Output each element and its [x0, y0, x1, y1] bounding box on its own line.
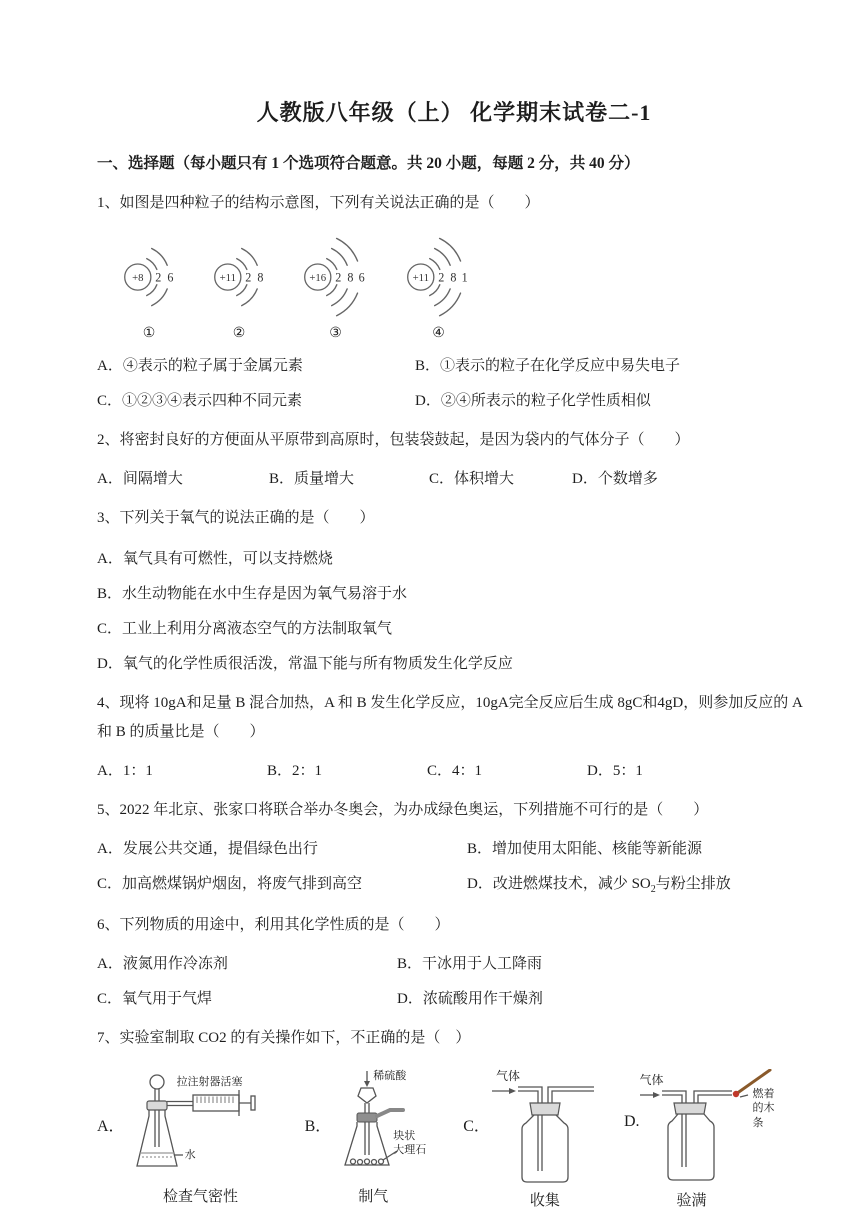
particle-4: +11 2 8 1 ④ — [402, 236, 475, 342]
apparatus-a-group: A． — [97, 1069, 277, 1206]
q4-option-c: C．4：1 — [427, 759, 587, 780]
apparatus-figures: A． — [97, 1069, 811, 1210]
question-4-text: 4、现将 10gA和足量 B 混合加热，A 和 B 发生化学反应，10gA完全反… — [97, 689, 811, 747]
q4-option-d: D．5：1 — [587, 759, 811, 780]
apparatus-a-caption: 检查气密性 — [125, 1185, 277, 1206]
q5-option-a: A．发展公共交通，提倡绿色出行 — [97, 837, 467, 858]
q6-option-c: C．氧气用于气焊 — [97, 987, 397, 1008]
exam-page: 人教版八年级（上） 化学期末试卷二-1 一、选择题（每小题只有 1 个选项符合题… — [0, 0, 866, 1210]
page-title: 人教版八年级（上） 化学期末试卷二-1 — [97, 96, 811, 127]
svg-text:2: 2 — [335, 270, 341, 284]
q2-option-b: B．质量增大 — [269, 467, 429, 488]
q1-option-a: A．④表示的粒子属于金属元素 — [97, 354, 415, 375]
particle-4-label: ④ — [402, 325, 475, 342]
question-4-options: A．1：1 B．2：1 C．4：1 D．5：1 — [97, 759, 811, 780]
q2-option-d: D．个数增多 — [572, 467, 811, 488]
q4-option-a: A．1：1 — [97, 759, 267, 780]
question-5-text: 5、2022 年北京、张家口将联合举办冬奥会，为办成绿色奥运，下列措施不可行的是… — [97, 796, 811, 825]
water-annotation: 水 — [185, 1148, 196, 1162]
svg-text:2: 2 — [245, 270, 251, 284]
apparatus-b-letter: B． — [305, 1113, 332, 1206]
particle-structure-diagram: +8 2 6 ① +11 2 8 ② +16 — [119, 236, 811, 342]
question-1-options: A．④表示的粒子属于金属元素 B．①表示的粒子在化学反应中易失电子 C．①②③④… — [97, 354, 811, 410]
q6-option-d: D．浓硫酸用作干燥剂 — [397, 987, 811, 1008]
question-2-text: 2、将密封良好的方便面从平原带到高原时，包装袋鼓起，是因为袋内的气体分子（ ） — [97, 426, 811, 455]
particle-2: +11 2 8 ② — [209, 236, 269, 342]
gas-annotation-c: 气体 — [496, 1069, 520, 1085]
question-3-text: 3、下列关于氧气的说法正确的是（ ） — [97, 504, 811, 533]
particle-1-label: ① — [119, 325, 179, 342]
apparatus-c-caption: 收集 — [490, 1189, 600, 1210]
q6-option-b: B．干冰用于人工降雨 — [397, 952, 811, 973]
svg-text:8: 8 — [347, 270, 353, 284]
question-6-text: 6、下列物质的用途中，利用其化学性质的是（ ） — [97, 911, 811, 940]
acid-annotation: 稀硫酸 — [373, 1069, 406, 1083]
question-5-options: A．发展公共交通，提倡绿色出行 B．增加使用太阳能、核能等新能源 C．加高燃煤锅… — [97, 837, 811, 895]
q5-option-d: D．改进燃煤技术，减少 SO2与粉尘排放 — [467, 872, 811, 895]
q2-option-a: A．间隔增大 — [97, 467, 269, 488]
svg-text:6: 6 — [167, 270, 173, 284]
apparatus-c-figure: 气体 — [490, 1069, 600, 1187]
q3-option-b: B．水生动物能在水中生存是因为氧气易溶于水 — [97, 582, 811, 603]
apparatus-c-group: C． 气体 — [463, 1069, 600, 1210]
particle-2-label: ② — [209, 325, 269, 342]
burning-stick-tip-icon — [732, 1091, 738, 1097]
particle-1: +8 2 6 ① — [119, 236, 179, 342]
gas-bottle-collect-drawing — [490, 1069, 600, 1187]
svg-text:+16: +16 — [309, 272, 326, 284]
svg-text:+11: +11 — [413, 272, 429, 284]
particle-3-drawing: +16 2 8 6 — [299, 236, 372, 320]
particle-3: +16 2 8 6 ③ — [299, 236, 372, 342]
q4-option-b: B．2：1 — [267, 759, 427, 780]
q2-option-c: C．体积增大 — [429, 467, 572, 488]
q5-option-b: B．增加使用太阳能、核能等新能源 — [467, 837, 811, 858]
svg-text:8: 8 — [257, 270, 263, 284]
apparatus-b-caption: 制气 — [331, 1185, 415, 1206]
q1-option-c: C．①②③④表示四种不同元素 — [97, 389, 415, 410]
marble-annotation: 块状 大理石 — [393, 1129, 426, 1158]
svg-text:+8: +8 — [132, 272, 143, 284]
thistle-flask-drawing — [331, 1069, 443, 1183]
q6-option-a: A．液氮用作冷冻剂 — [97, 952, 397, 973]
apparatus-d-group: D. — [624, 1069, 790, 1210]
question-7-text: 7、实验室制取 CO2 的有关操作如下，不正确的是（ ） — [97, 1024, 811, 1053]
section-header: 一、选择题（每小题只有 1 个选项符合题意。共 20 小题，每题 2 分，共 4… — [97, 151, 811, 173]
svg-text:1: 1 — [462, 270, 468, 284]
stick-annotation: 燃着 的木 条 — [753, 1087, 775, 1130]
q3-option-c: C．工业上利用分离液态空气的方法制取氧气 — [97, 617, 811, 638]
svg-text:2: 2 — [155, 270, 161, 284]
particle-3-label: ③ — [299, 325, 372, 342]
svg-text:6: 6 — [359, 270, 365, 284]
q5-option-c: C．加高燃煤锅炉烟囱，将废气排到高空 — [97, 872, 467, 895]
question-6-options: A．液氮用作冷冻剂 B．干冰用于人工降雨 C．氧气用于气焊 D．浓硫酸用作干燥剂 — [97, 952, 811, 1008]
svg-text:+11: +11 — [220, 272, 236, 284]
apparatus-d-letter: D. — [624, 1113, 640, 1210]
svg-text:2: 2 — [438, 270, 444, 284]
apparatus-a-figure: 拉注射器活塞 水 — [125, 1069, 277, 1183]
q3-option-d: D．氧气的化学性质很活泼，常温下能与所有物质发生化学反应 — [97, 652, 811, 673]
q1-option-d: D．②④所表示的粒子化学性质相似 — [415, 389, 811, 410]
syringe-annotation: 拉注射器活塞 — [177, 1075, 243, 1089]
apparatus-d-figure: 气体 燃着 的木 条 — [640, 1069, 790, 1187]
q1-option-b: B．①表示的粒子在化学反应中易失电子 — [415, 354, 811, 375]
particle-1-drawing: +8 2 6 — [119, 236, 179, 320]
q3-option-a: A．氧气具有可燃性，可以支持燃烧 — [97, 547, 811, 568]
svg-text:8: 8 — [450, 270, 456, 284]
apparatus-d-caption: 验满 — [640, 1189, 744, 1210]
apparatus-c-letter: C． — [463, 1113, 490, 1210]
gas-annotation-d: 气体 — [640, 1073, 664, 1089]
apparatus-a-letter: A． — [97, 1113, 125, 1206]
question-2-options: A．间隔增大 B．质量增大 C．体积增大 D．个数增多 — [97, 467, 811, 488]
question-1-text: 1、如图是四种粒子的结构示意图，下列有关说法正确的是（ ） — [97, 189, 811, 218]
apparatus-b-figure: 稀硫酸 块状 大理石 — [331, 1069, 443, 1183]
apparatus-b-group: B． — [305, 1069, 444, 1206]
particle-4-drawing: +11 2 8 1 — [402, 236, 475, 320]
particle-2-drawing: +11 2 8 — [209, 236, 269, 320]
